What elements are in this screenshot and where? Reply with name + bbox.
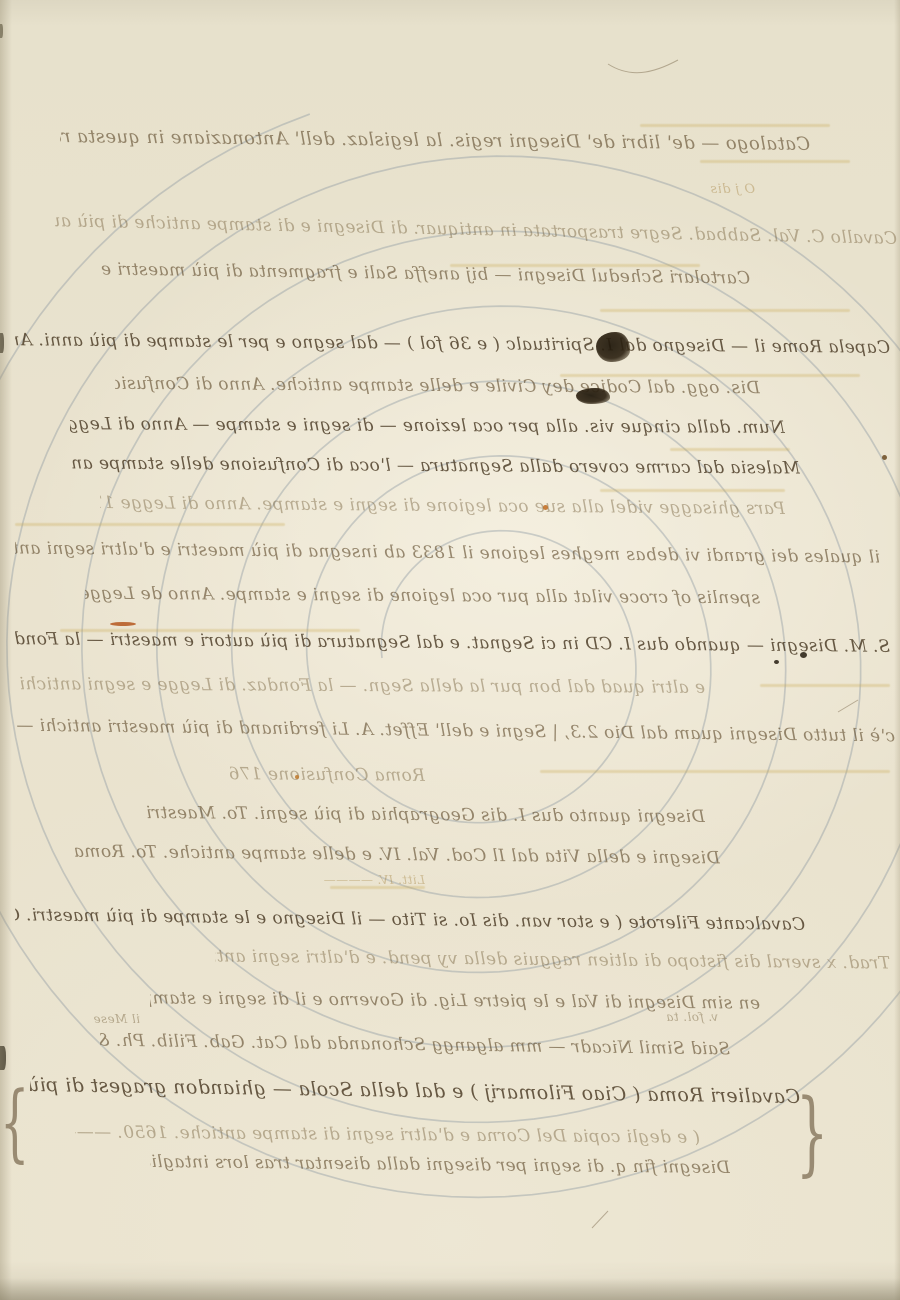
manuscript-page: Catalogo — de' libri de' Disegni regis. … — [0, 0, 900, 1300]
pen-hairline — [608, 60, 678, 73]
paper-edge-bottom — [0, 1278, 900, 1300]
pen-hairlines — [0, 0, 900, 1300]
pen-hairline — [592, 1211, 608, 1228]
pen-hairline — [838, 700, 858, 712]
paper-edge-right — [894, 0, 900, 1300]
paper-edge-left — [0, 0, 12, 1300]
